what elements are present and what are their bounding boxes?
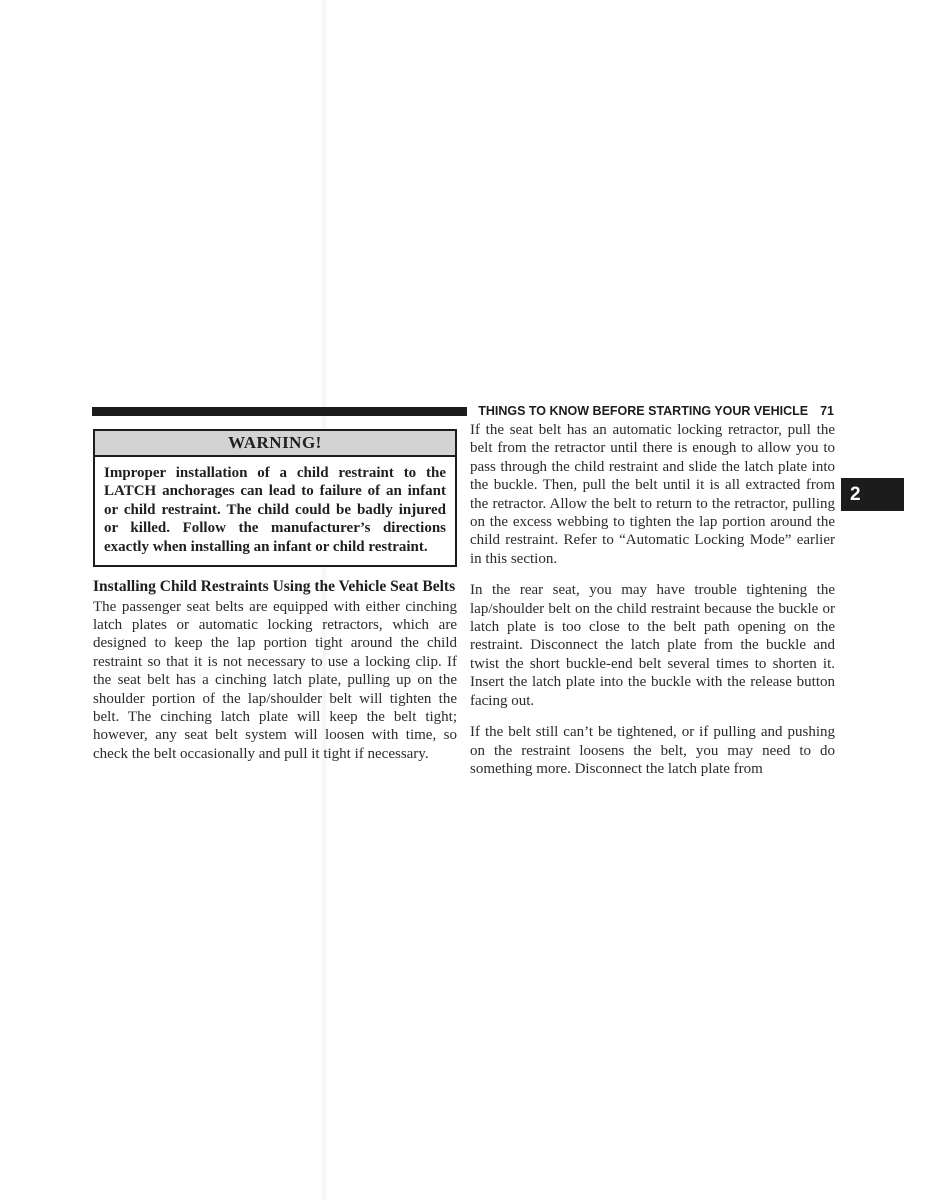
section-tab-number: 2 (850, 484, 861, 506)
right-column-paragraph-1: If the seat belt has an automatic lockin… (470, 421, 835, 568)
manual-page: { "header": { "title": "THINGS TO KNOW B… (0, 0, 927, 1200)
right-column-paragraph-3: If the belt still can’t be tightened, or… (470, 723, 835, 778)
right-column: If the seat belt has an automatic lockin… (470, 421, 835, 791)
page-header: THINGS TO KNOW BEFORE STARTING YOUR VEHI… (92, 404, 834, 418)
warning-box: WARNING! Improper installation of a chil… (93, 429, 457, 567)
header-title: THINGS TO KNOW BEFORE STARTING YOUR VEHI… (478, 404, 808, 418)
left-column: WARNING! Improper installation of a chil… (93, 429, 457, 776)
section-heading: Installing Child Restraints Using the Ve… (93, 578, 457, 597)
warning-title: WARNING! (95, 431, 455, 457)
section-tab: 2 (841, 478, 904, 511)
left-column-paragraph: The passenger seat belts are equipped wi… (93, 598, 457, 764)
header-rule-bar (92, 407, 467, 416)
right-column-paragraph-2: In the rear seat, you may have trouble t… (470, 581, 835, 710)
header-page-number: 71 (820, 404, 834, 418)
warning-body-text: Improper installation of a child restrai… (95, 457, 455, 565)
